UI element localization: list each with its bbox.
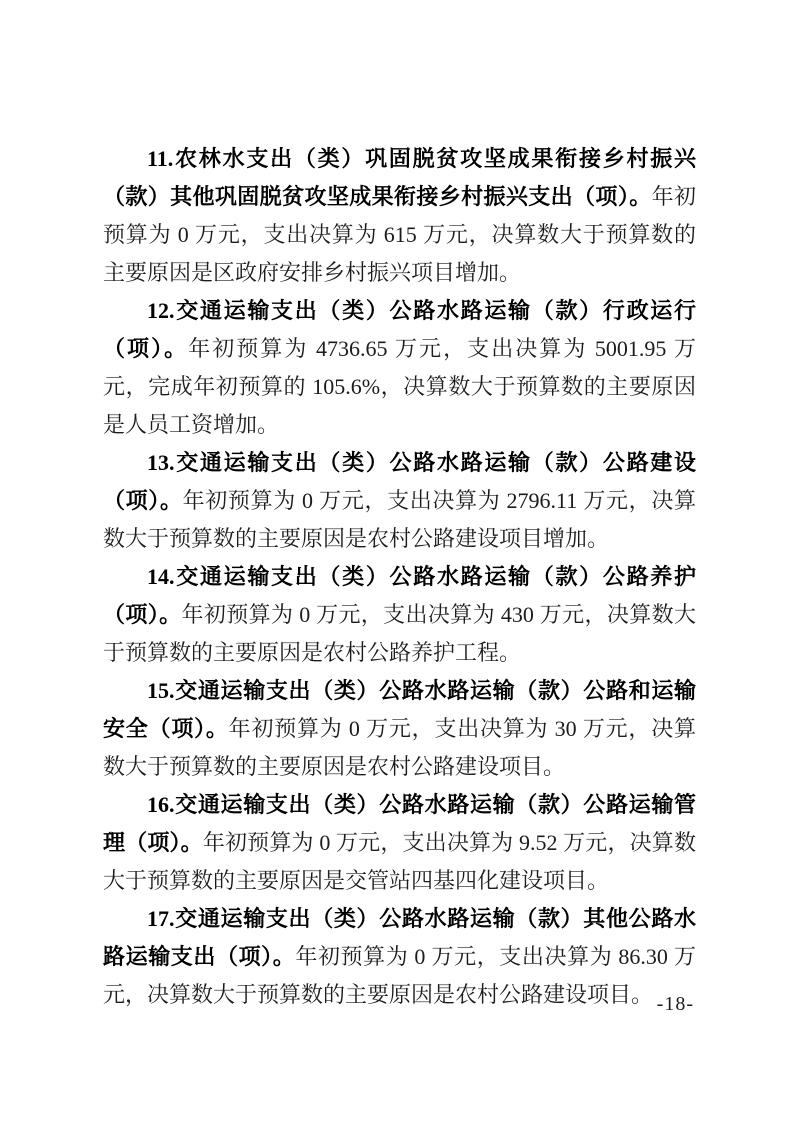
paragraph-11-heading: 11.农林水支出（类）巩固脱贫攻坚成果衔接乡村振兴（款）其他巩固脱贫攻坚成果衔接… [103,146,696,209]
paragraph-item-15: 15.交通运输支出（类）公路水路运输（款）公路和运输安全（项）。年初预算为 0 … [103,672,696,786]
paragraph-item-17: 17.交通运输支出（类）公路水路运输（款）其他公路水路运输支出（项）。年初预算为… [103,900,696,1014]
paragraph-item-14: 14.交通运输支出（类）公路水路运输（款）公路养护（项）。年初预算为 0 万元，… [103,558,696,672]
document-page: 11.农林水支出（类）巩固脱贫攻坚成果衔接乡村振兴（款）其他巩固脱贫攻坚成果衔接… [0,0,793,1122]
paragraph-14-body: 年初预算为 0 万元，支出决算为 430 万元，决算数大于预算数的主要原因是农村… [103,602,696,665]
document-body: 11.农林水支出（类）巩固脱贫攻坚成果衔接乡村振兴（款）其他巩固脱贫攻坚成果衔接… [103,140,696,1014]
paragraph-13-body: 年初预算为 0 万元，支出决算为 2796.11 万元，决算数大于预算数的主要原… [103,488,696,551]
page-number: -18- [657,992,694,1016]
paragraph-item-16: 16.交通运输支出（类）公路水路运输（款）公路运输管理（项）。年初预算为 0 万… [103,786,696,900]
paragraph-item-13: 13.交通运输支出（类）公路水路运输（款）公路建设（项）。年初预算为 0 万元，… [103,444,696,558]
paragraph-12-body: 年初预算为 4736.65 万元，支出决算为 5001.95 万元，完成年初预算… [103,336,696,437]
paragraph-item-11: 11.农林水支出（类）巩固脱贫攻坚成果衔接乡村振兴（款）其他巩固脱贫攻坚成果衔接… [103,140,696,292]
paragraph-item-12: 12.交通运输支出（类）公路水路运输（款）行政运行（项）。年初预算为 4736.… [103,292,696,444]
